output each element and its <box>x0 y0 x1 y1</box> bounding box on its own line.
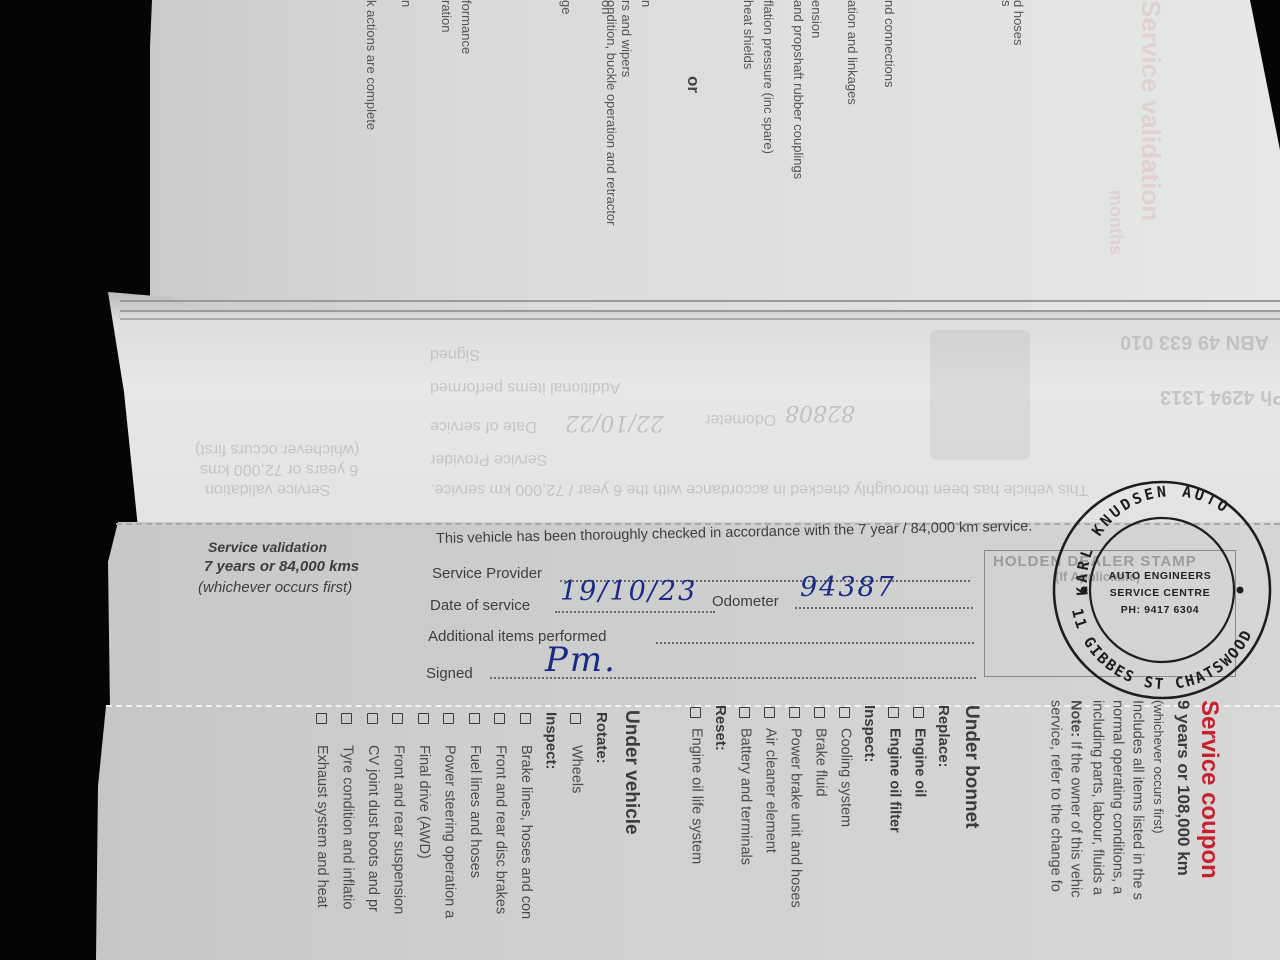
checkbox[interactable] <box>764 707 775 718</box>
coupon-whichever: (whichever occurs first) <box>1152 700 1165 834</box>
checkbox[interactable] <box>913 707 924 718</box>
top-page-line: flation pressure (inc spare) <box>762 0 775 154</box>
coupon-interval: 9 years or 108,000 km <box>1175 700 1192 876</box>
stamp-line-1: AUTO ENGINEERS <box>1095 568 1225 585</box>
ghost-whichever: (whichever occurs first) <box>195 440 359 458</box>
ghost-service-validation: Service validation <box>205 480 330 498</box>
validation-interval: 7 years or 84,000 kms <box>204 558 359 575</box>
checkbox[interactable] <box>789 707 800 718</box>
top-page-line: ondition, buckle operation and retractor <box>605 0 618 225</box>
ghost-date-value: 22/10/22 <box>565 410 664 435</box>
signature: Pm. <box>545 640 617 680</box>
checklist-item: Engine oil life system <box>689 728 704 864</box>
stamp-line-3: PH: 9417 6304 <box>1095 602 1225 619</box>
group-label: Inspect: <box>544 712 559 770</box>
coupon-intro-1: Includes all items listed in the s <box>1130 700 1145 900</box>
top-page-line: nd connections <box>883 0 896 87</box>
checkbox[interactable] <box>316 713 327 724</box>
ghost-signed: Signed <box>430 345 480 363</box>
top-page-line: ge <box>560 0 573 14</box>
checklist-item: Exhaust system and heat <box>315 745 330 908</box>
checkbox[interactable] <box>392 713 403 724</box>
ghost-statement: This vehicle has been thoroughly checked… <box>430 480 1088 498</box>
group-label: Inspect: <box>862 705 877 763</box>
checkbox[interactable] <box>341 713 352 724</box>
checklist-item: Brake fluid <box>813 728 828 797</box>
top-page-line: n <box>640 0 653 7</box>
top-page-line: n <box>400 0 413 7</box>
checklist-item: Front and rear suspension <box>391 745 406 914</box>
date-of-service-field[interactable] <box>555 611 715 613</box>
checklist-item: Wheels <box>569 745 584 793</box>
top-page-line: ension <box>810 0 823 38</box>
top-page-line: rs and wipers <box>620 0 633 77</box>
checkbox[interactable] <box>814 707 825 718</box>
checkbox[interactable] <box>494 713 505 724</box>
validation-title: Service validation <box>208 539 327 555</box>
checklist-item: Front and rear disc brakes <box>493 745 508 914</box>
checklist-item: Fuel lines and hoses <box>468 745 483 878</box>
checkbox[interactable] <box>367 713 378 724</box>
validation-whichever: (whichever occurs first) <box>198 579 352 596</box>
ghost-additional-items: Additional items performed <box>430 378 620 396</box>
flap-edge <box>120 318 1280 320</box>
booklet-top-page <box>150 0 1280 310</box>
ghost-odometer-value: 82808 <box>785 400 855 425</box>
coupon-title: Service coupon <box>1197 700 1221 879</box>
ghost-odometer: Odometer <box>705 410 776 428</box>
group-label: Reset: <box>713 705 728 751</box>
odometer-value: 94387 <box>800 572 896 603</box>
flap-edge <box>120 300 1280 302</box>
checklist-item: CV joint dust boots and pr <box>366 745 381 912</box>
checkbox[interactable] <box>570 713 581 724</box>
checklist-item: Final drive (AWD) <box>417 745 432 859</box>
odometer-field[interactable] <box>795 607 973 609</box>
section-heading-under-vehicle: Under vehicle <box>622 710 641 835</box>
top-page-line: ration <box>440 0 453 33</box>
checkbox[interactable] <box>888 707 899 718</box>
coupon-note-2: service, refer to the change fo <box>1048 700 1063 892</box>
coupon-intro-2: normal operating conditions, a <box>1110 700 1125 894</box>
ghost-date-of-service: Date of service <box>430 417 537 435</box>
checkbox[interactable] <box>469 713 480 724</box>
date-of-service-label: Date of service <box>430 597 530 614</box>
checkbox[interactable] <box>443 713 454 724</box>
ghost-service-provider: Service Provider <box>430 450 547 468</box>
top-page-line: d hoses <box>1012 0 1025 46</box>
additional-items-field[interactable] <box>656 642 974 644</box>
checklist-item: Engine oil filter <box>887 728 902 833</box>
note-label: Note: <box>1068 700 1084 737</box>
checklist-item: Engine oil <box>912 728 927 797</box>
checkbox[interactable] <box>418 713 429 724</box>
coupon-note: Note: If the owner of this vehic <box>1068 700 1083 897</box>
checklist-item: Tyre condition and inflatio <box>340 745 355 909</box>
ghost-dealer-abn: ABN 49 633 010 <box>1120 330 1269 353</box>
bleed-through-heading: Service validation <box>1135 0 1166 221</box>
top-page-line: ation and linkages <box>846 0 859 105</box>
top-page-line: or <box>685 76 702 93</box>
date-of-service-value: 19/10/23 <box>560 576 697 607</box>
checklist-item: Battery and terminals <box>738 728 753 865</box>
stamp-centre: AUTO ENGINEERS SERVICE CENTRE PH: 9417 6… <box>1095 568 1225 619</box>
checklist-item: Air cleaner element <box>763 728 778 853</box>
group-label: Rotate: <box>594 712 609 764</box>
top-page-line: formance <box>460 0 473 54</box>
top-page-line: heat shields <box>742 0 755 69</box>
group-label: Replace: <box>936 705 951 768</box>
checklist-item: Brake lines, hoses and con <box>519 745 534 919</box>
coupon-intro-3: including parts, labour, fluids a <box>1090 700 1105 895</box>
service-provider-label: Service Provider <box>432 565 542 582</box>
checkbox[interactable] <box>520 713 531 724</box>
odometer-label: Odometer <box>712 593 779 610</box>
ghost-dealer-logo <box>930 330 1030 460</box>
checklist-item: Cooling system <box>838 728 853 827</box>
checkbox[interactable] <box>739 707 750 718</box>
flap-edge <box>120 310 1280 312</box>
bleed-through-subheading: months <box>1105 190 1126 255</box>
top-page-line: and propshaft rubber couplings <box>792 0 805 179</box>
checklist-item: Power steering operation a <box>442 745 457 918</box>
section-heading-under-bonnet: Under bonnet <box>962 705 981 829</box>
ghost-dealer-phone: Ph 4294 1313 <box>1160 385 1280 408</box>
checklist-item: Power brake unit and hoses <box>788 728 803 908</box>
checkbox[interactable] <box>839 707 850 718</box>
signed-label: Signed <box>426 665 473 682</box>
note-line-1: If the owner of this vehic <box>1068 741 1084 897</box>
ghost-years: 6 years or 72,000 kms <box>200 460 358 478</box>
checkbox[interactable] <box>690 707 701 718</box>
stamp-line-2: SERVICE CENTRE <box>1095 585 1225 602</box>
top-page-line: k actions are complete <box>365 0 378 130</box>
